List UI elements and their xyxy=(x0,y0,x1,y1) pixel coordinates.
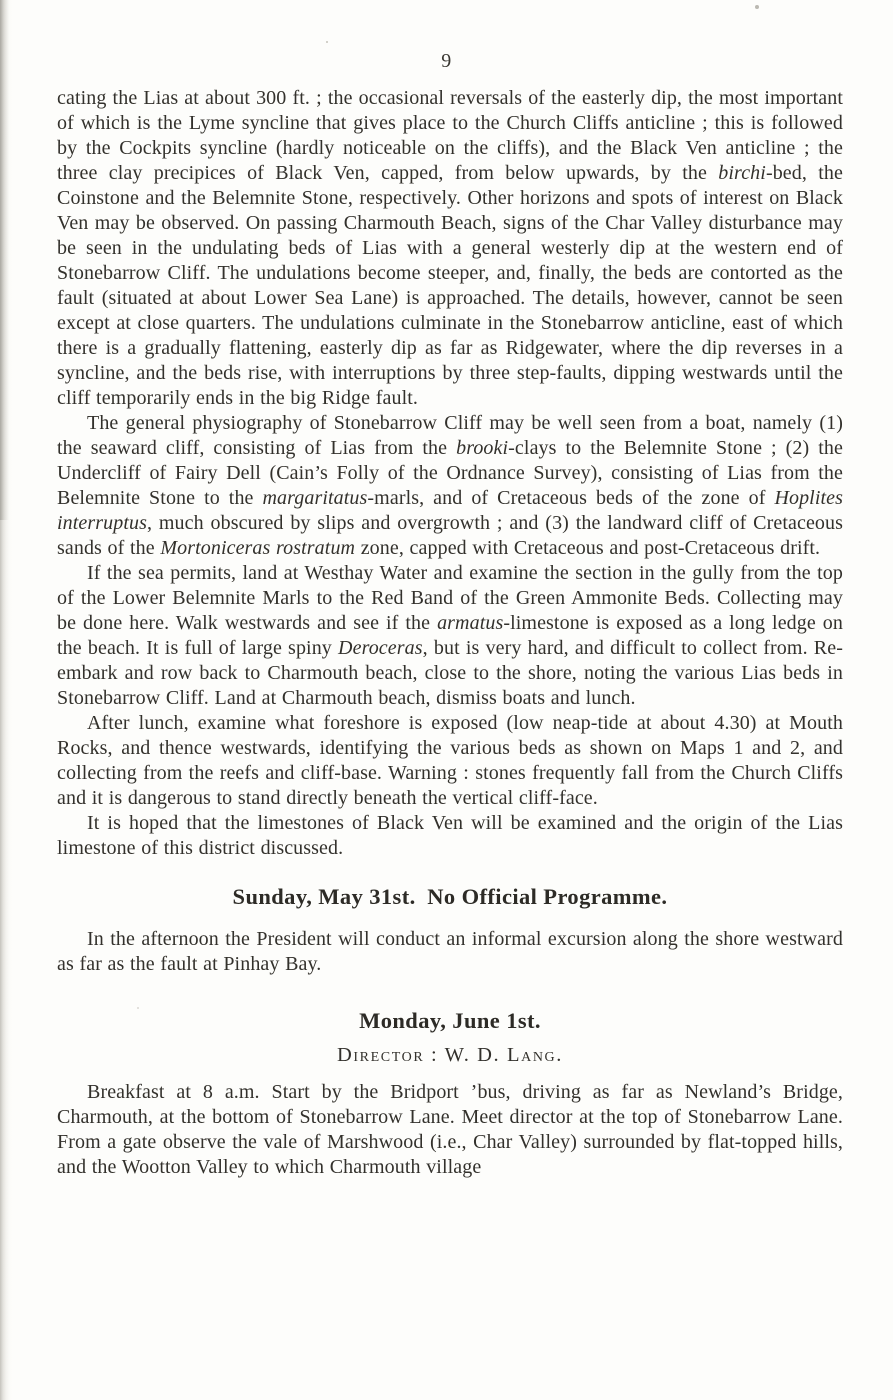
italic-term-deroceras: Deroceras xyxy=(338,637,423,659)
italic-term-armatus: armatus xyxy=(437,612,503,634)
section-heading-sunday: Sunday, May 31st. No Official Programme. xyxy=(57,884,843,910)
paragraph-3: If the sea permits, land at Westhay Wate… xyxy=(57,561,843,711)
director-line: Director : W. D. Lang. xyxy=(57,1044,843,1067)
italic-term-brooki: brooki xyxy=(456,437,508,459)
page-left-edge-shadow-top xyxy=(0,0,9,520)
text-segment: -marls, and of Cretaceous beds of the zo… xyxy=(367,487,774,509)
scan-speck xyxy=(326,41,328,43)
document-page: 9 cating the Lias at about 300 ft. ; the… xyxy=(0,0,893,1400)
page-left-edge-shadow xyxy=(0,0,12,1400)
text-segment: zone, capped with Cretaceous and post-Cr… xyxy=(355,537,820,559)
paragraph-2: The general physiography of Stonebarrow … xyxy=(57,411,843,561)
paragraph-6: In the afternoon the President will cond… xyxy=(57,927,843,977)
paragraph-7: Breakfast at 8 a.m. Start by the Bridpor… xyxy=(57,1080,843,1180)
section-heading-monday: Monday, June 1st. xyxy=(57,1008,843,1034)
italic-term-birchi: birchi xyxy=(718,162,766,184)
text-block: cating the Lias at about 300 ft. ; the o… xyxy=(57,86,843,1180)
paragraph-4: After lunch, examine what foreshore is e… xyxy=(57,711,843,811)
text-segment: -bed, the Coinstone and the Belemnite St… xyxy=(57,162,843,409)
scan-speck xyxy=(755,5,759,9)
italic-term-margaritatus: margaritatus xyxy=(263,487,368,509)
paragraph-5: It is hoped that the limestones of Black… xyxy=(57,811,843,861)
paragraph-1: cating the Lias at about 300 ft. ; the o… xyxy=(57,86,843,411)
italic-term-mortoniceras-rostratum: Mortoniceras rostratum xyxy=(160,537,355,559)
page-number: 9 xyxy=(0,50,893,73)
